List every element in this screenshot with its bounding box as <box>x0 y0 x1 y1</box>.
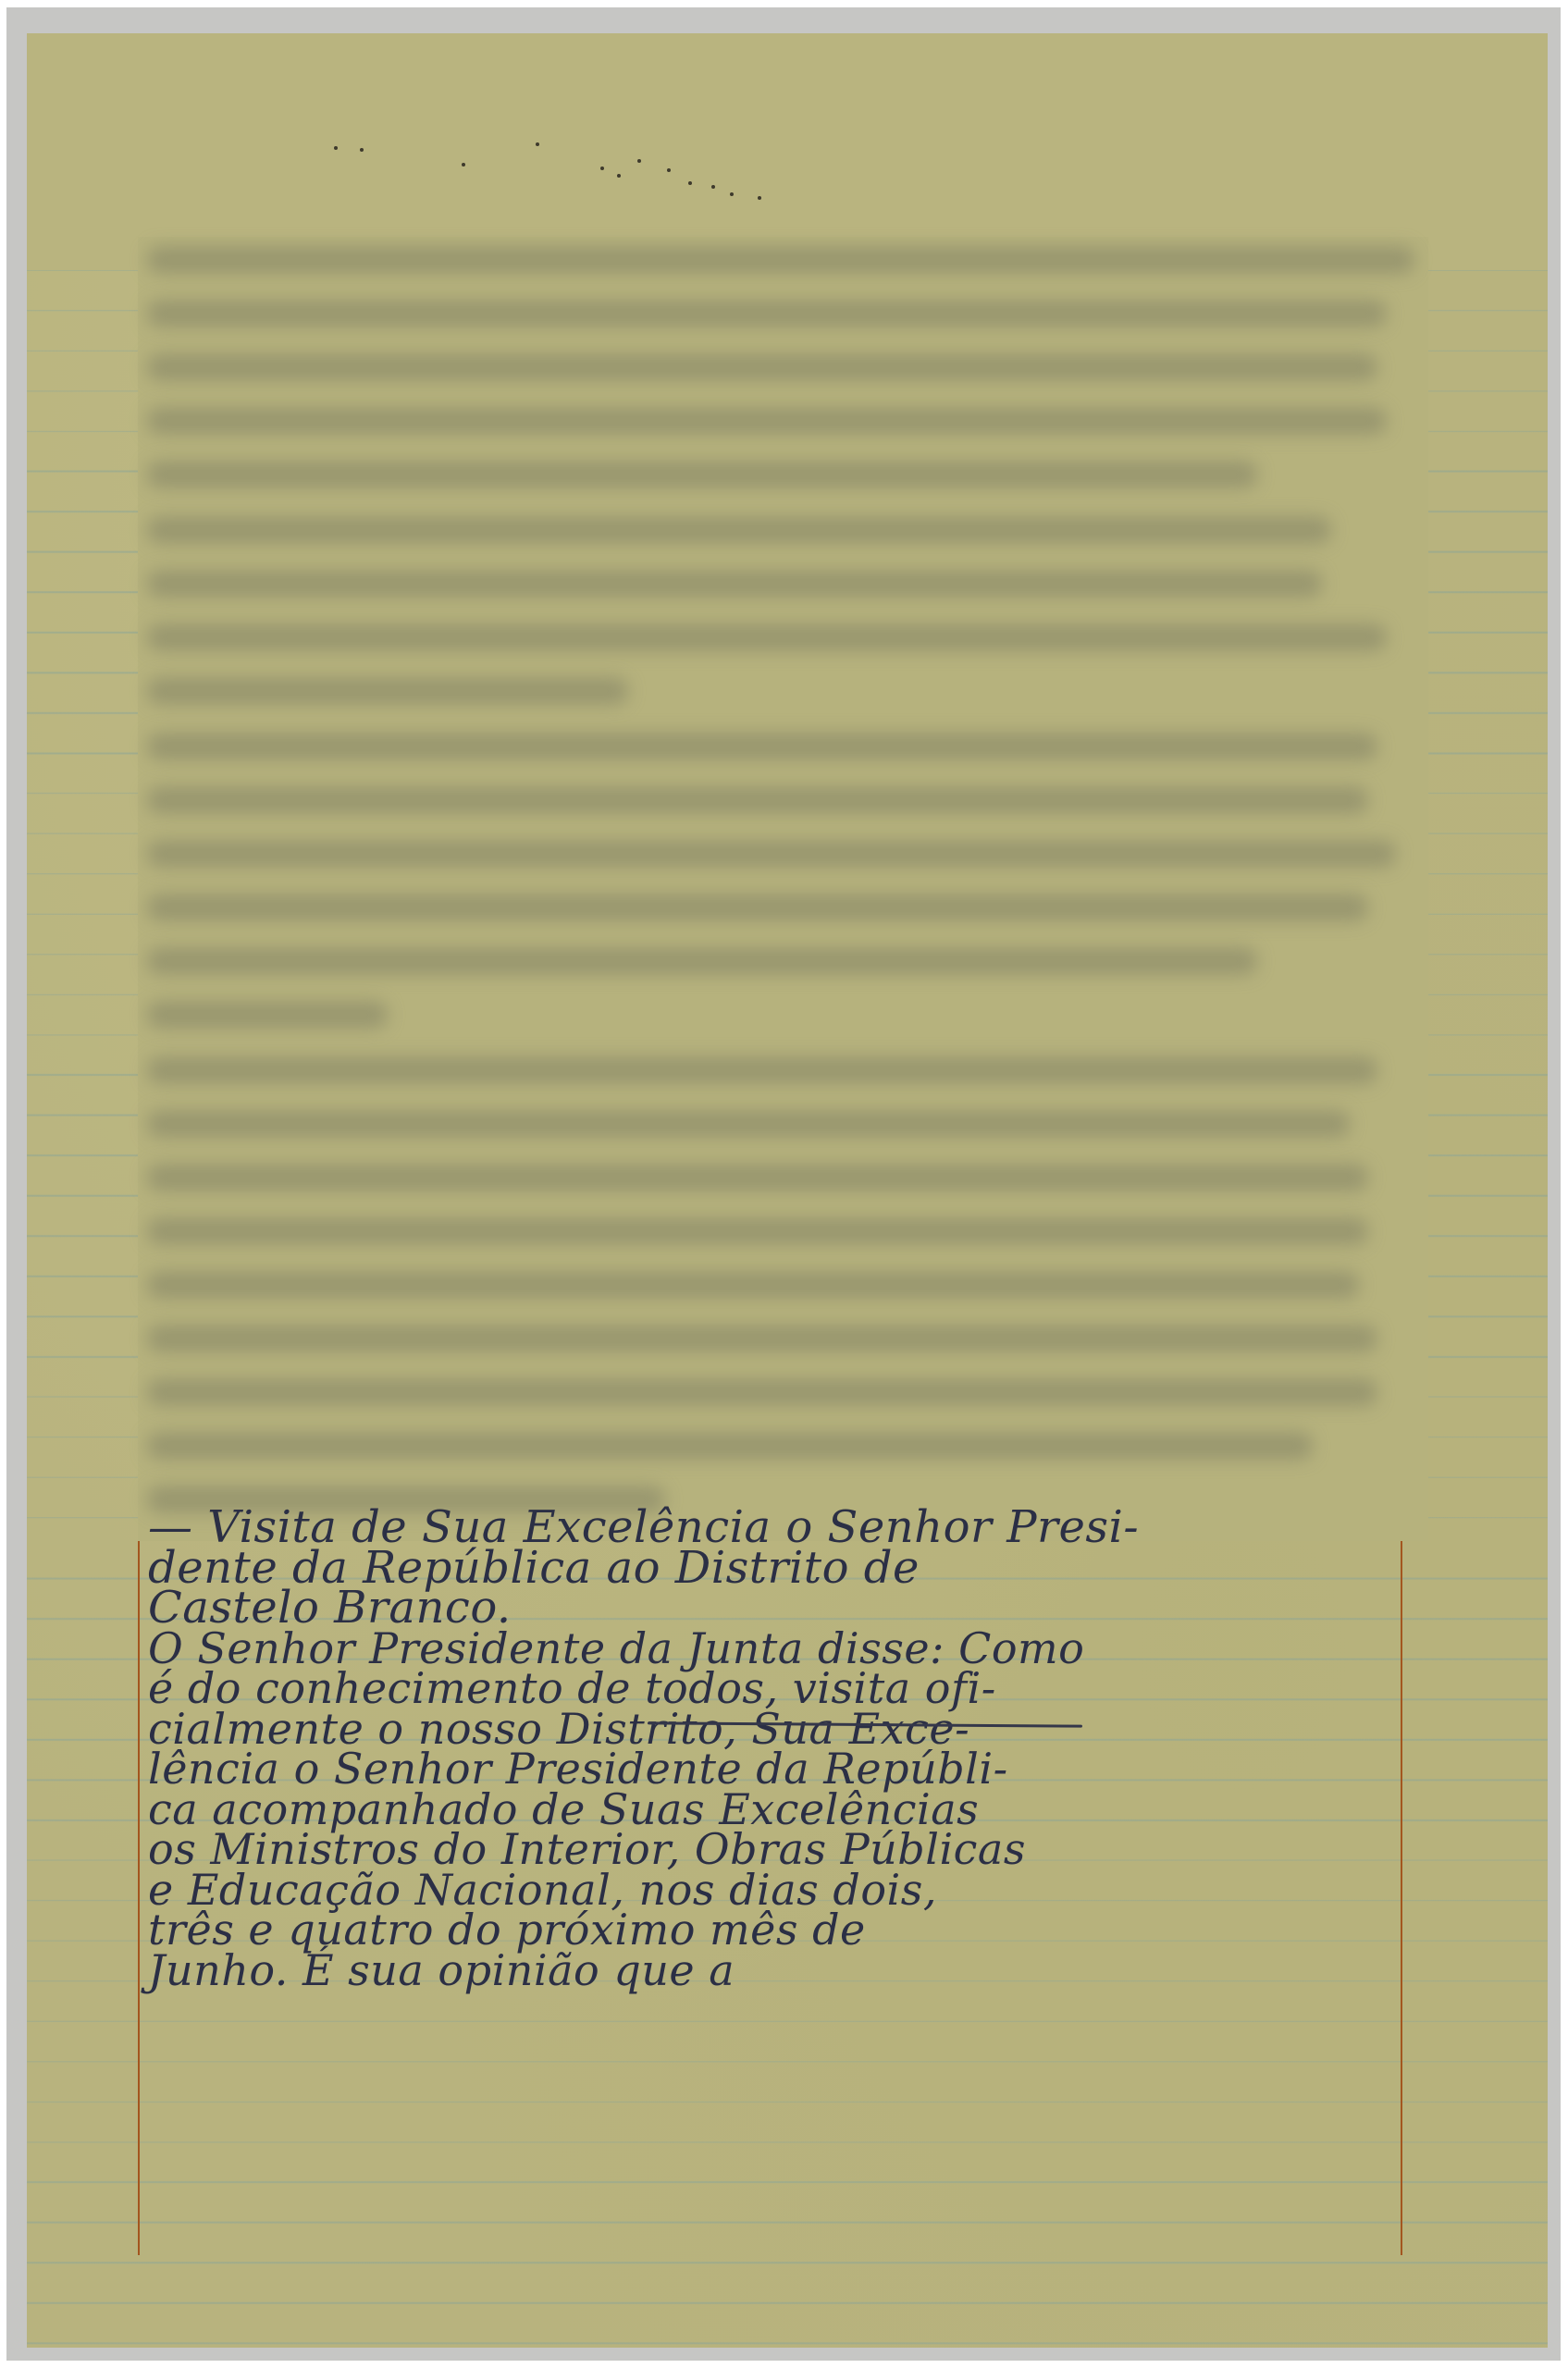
handwritten-line-heading-3: Castelo Branco. <box>148 1588 1378 1629</box>
faded-stamp-marks <box>323 126 878 200</box>
handwritten-text: — Visita de Sua Excelência o Senhor Pres… <box>148 1508 1378 1991</box>
scan-frame <box>6 7 1561 2361</box>
handwritten-line: lência o Senhor Presidente da Repúbli- <box>148 1749 1378 1790</box>
redacted-text-block <box>138 237 1428 1541</box>
handwritten-line: três e quatro do próximo mês de <box>148 1910 1378 1951</box>
handwritten-line: é do conhecimento de todos, visita ofi- <box>148 1669 1378 1709</box>
handwritten-line: os Ministros do Interior, Obras Públicas <box>148 1830 1378 1870</box>
handwritten-line: Junho. É sua opinião que a <box>148 1951 1378 1992</box>
paper-page <box>27 33 1548 2348</box>
